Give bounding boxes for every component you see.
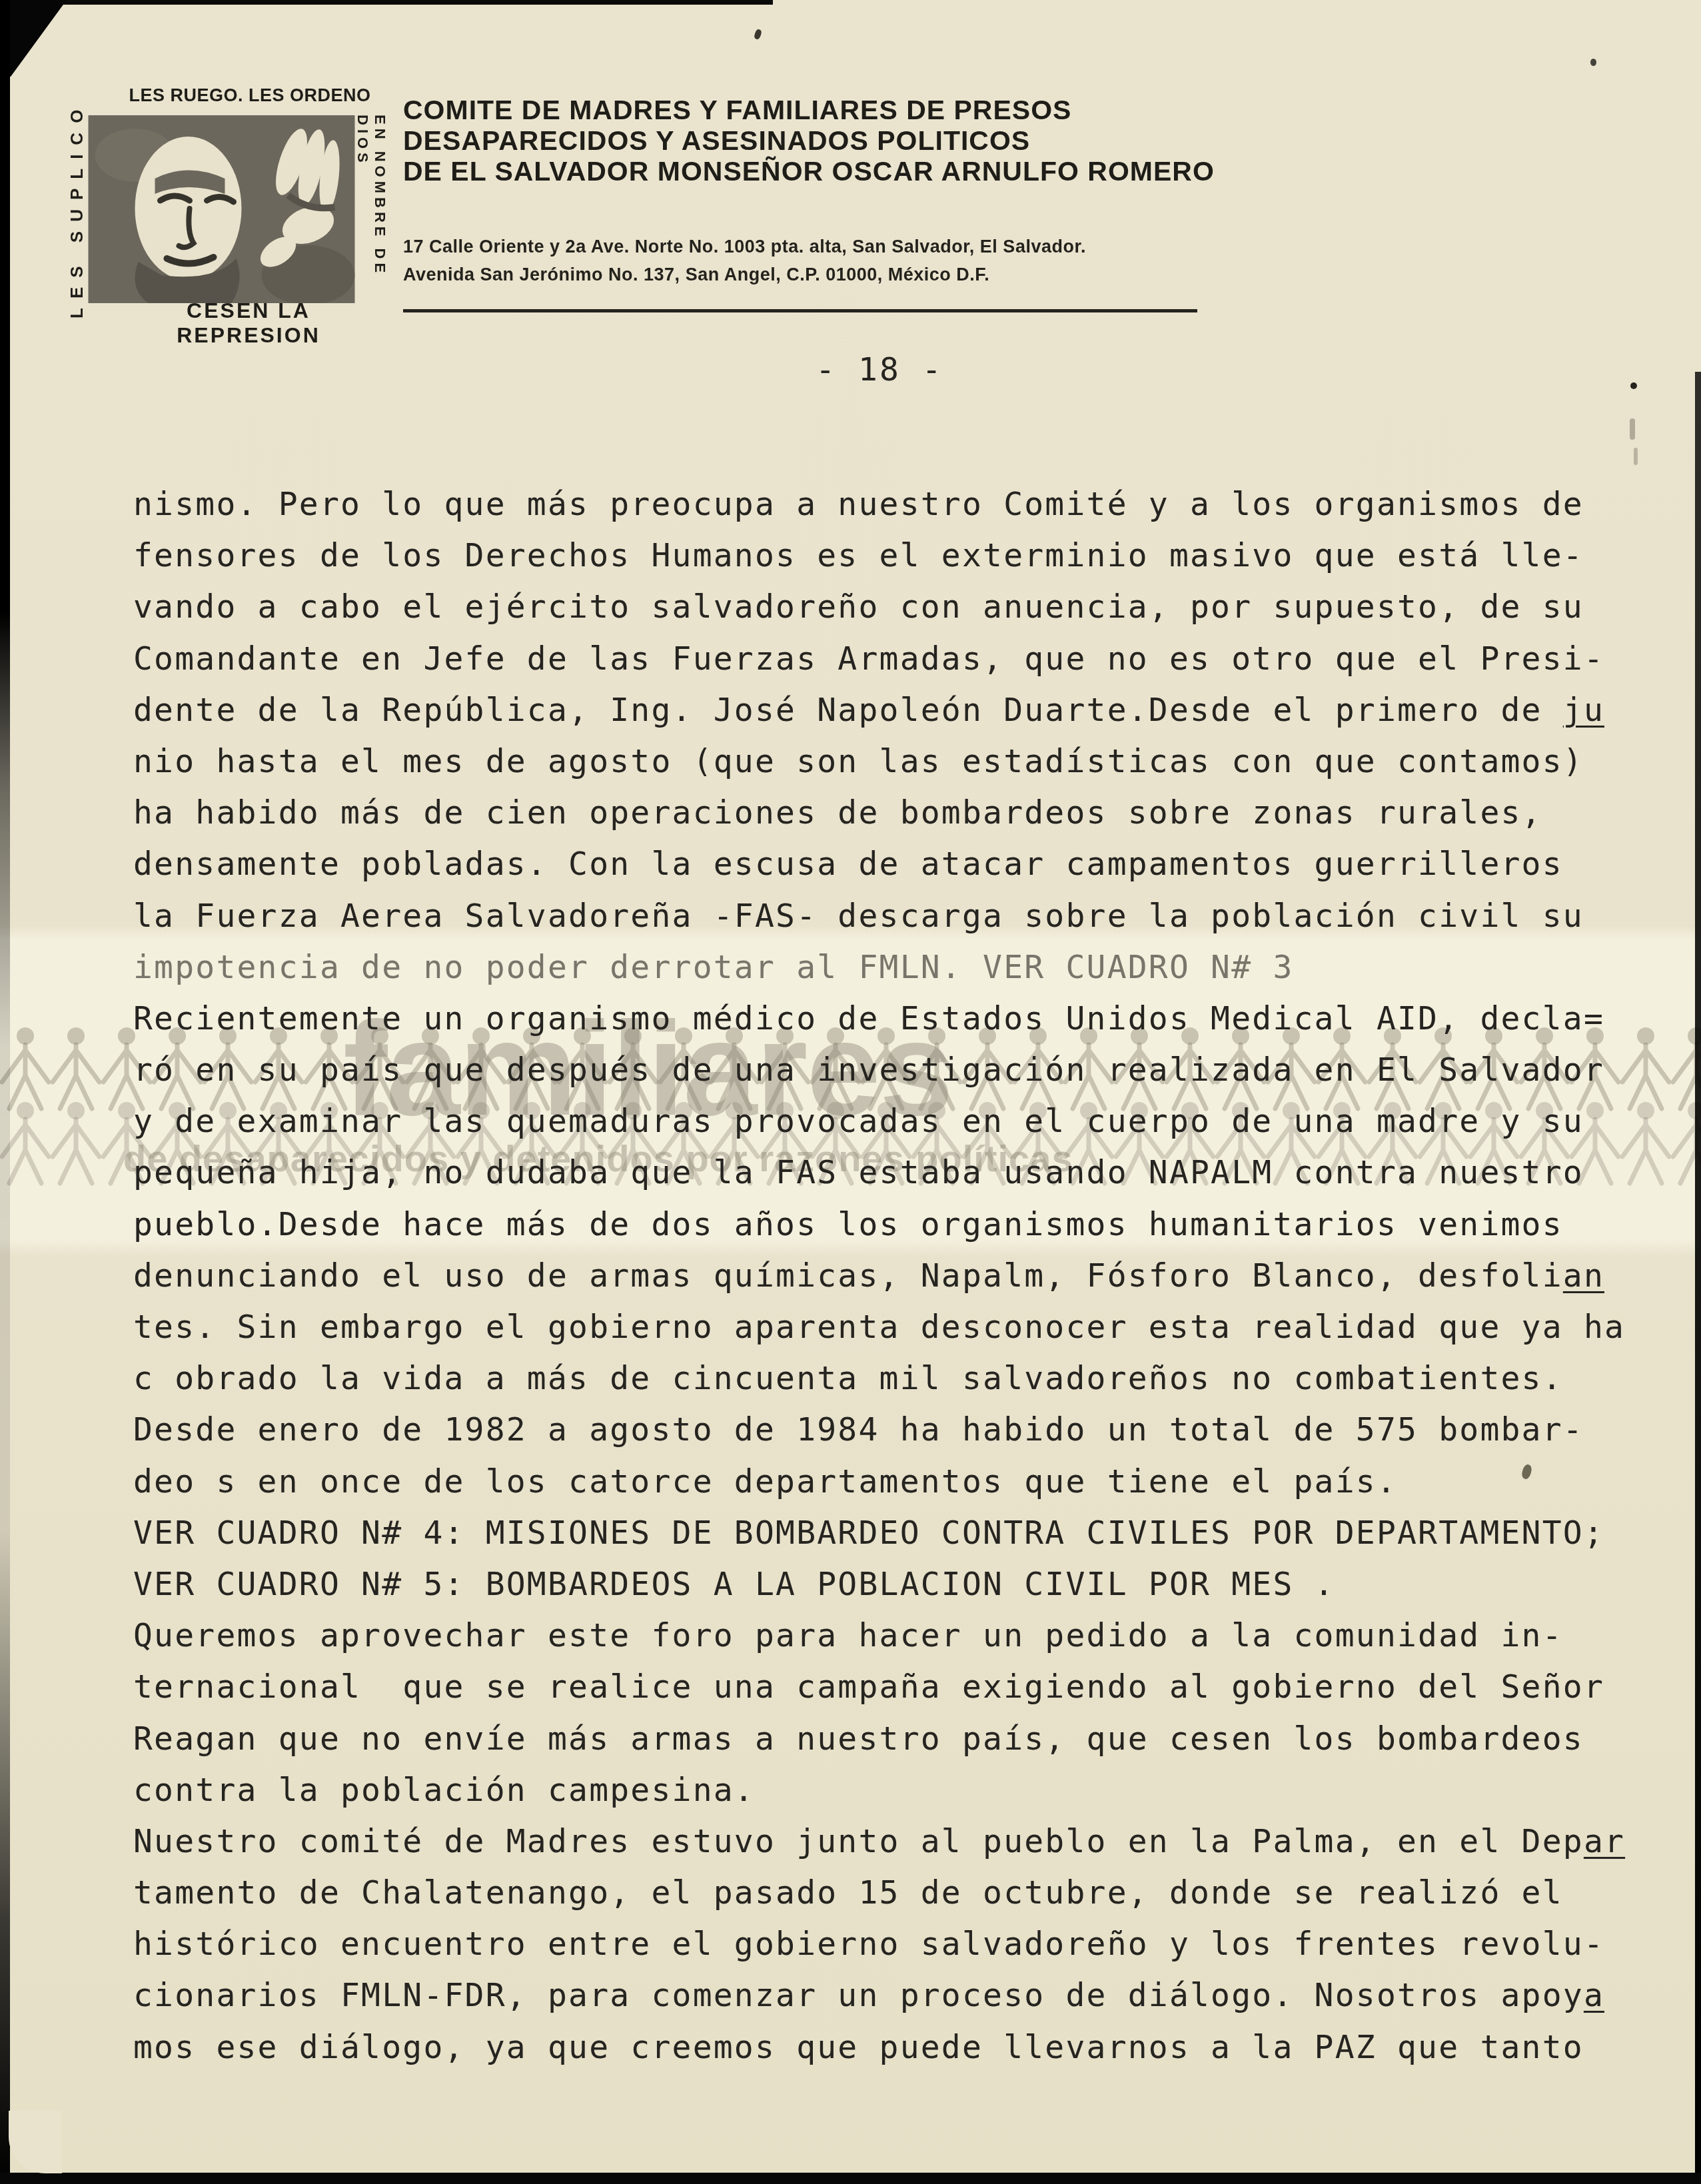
scanned-document-page: familiares de desaparecidos y detenidos … [0,0,1701,2184]
body-line: vando a cabo el ejército salvadoreño con… [133,582,1639,633]
body-line: c obrado la vida a más de cincuenta mil … [133,1353,1639,1404]
body-line: nio hasta el mes de agosto (que son las … [133,736,1639,788]
scan-edge-right [1695,372,1701,2184]
body-line: pequeña hija, no dudaba que la FAS estab… [133,1147,1639,1199]
body-line: Nuestro comité de Madres estuvo junto al… [133,1816,1639,1868]
scan-speck [1590,59,1596,66]
body-line: y de examinar las quemaduras provocadas … [133,1096,1639,1147]
org-line: COMITE DE MADRES Y FAMILIARES DE PRESOS [403,95,1215,125]
body-line: Reagan que no envíe más armas a nuestro … [133,1714,1639,1765]
scan-speck [1630,382,1637,389]
body-line: VER CUADRO N# 4: MISIONES DE BOMBARDEO C… [133,1508,1639,1559]
org-line: DE EL SALVADOR MONSEÑOR OSCAR ARNULFO RO… [403,156,1215,187]
body-line: cionarios FMLN-FDR, para comenzar un pro… [133,1970,1639,2021]
address-block: 17 Calle Oriente y 2a Ave. Norte No. 100… [403,233,1086,288]
body-line: mos ese diálogo, ya que creemos que pued… [133,2022,1639,2073]
body-line: ró en su país que después de una investi… [133,1045,1639,1096]
body-line: Desde enero de 1982 a agosto de 1984 ha … [133,1404,1639,1456]
body-line: histórico encuentro entre el gobierno sa… [133,1919,1639,1970]
body-line: la Fuerza Aerea Salvadoreña -FAS- descar… [133,891,1639,942]
body-line: VER CUADRO N# 5: BOMBARDEOS A LA POBLACI… [133,1559,1639,1610]
body-line: ha habido más de cien operaciones de bom… [133,788,1639,839]
body-line: Comandante en Jefe de las Fuerzas Armada… [133,634,1639,685]
body-line: denunciando el uso de armas químicas, Na… [133,1251,1639,1302]
logo-motto-top: LES RUEGO. LES ORDENO [120,85,380,106]
body-line: Queremos aprovechar este foro para hacer… [133,1610,1639,1662]
scan-corner-bottom-left [9,2111,62,2173]
scan-edge-left [0,0,10,2184]
scan-corner-top-left [0,0,67,77]
body-line: tamento de Chalatenango, el pasado 15 de… [133,1868,1639,1919]
body-line: impotencia de no poder derrotar al FMLN.… [133,942,1639,993]
body-line: densamente pobladas. Con la escusa de at… [133,839,1639,890]
body-line: nismo. Pero lo que más preocupa a nuestr… [133,479,1639,530]
letterhead-divider-rule [403,309,1197,312]
body-line: pueblo.Desde hace más de dos años los or… [133,1199,1639,1251]
address-line: 17 Calle Oriente y 2a Ave. Norte No. 100… [403,233,1086,261]
logo-motto-bottom: CESEN LA REPRESION [112,298,385,348]
body-text: nismo. Pero lo que más preocupa a nuestr… [133,479,1639,2073]
organization-name-block: COMITE DE MADRES Y FAMILIARES DE PRESOS … [403,95,1215,187]
romero-stamp-art [88,115,355,303]
scan-edge-bottom [0,2173,1701,2184]
scan-edge-top [0,0,773,5]
scan-speck [754,29,762,40]
body-line: contra la población campesina. [133,1765,1639,1816]
body-line: Recientemente un organismo médico de Est… [133,993,1639,1045]
org-line: DESAPARECIDOS Y ASESINADOS POLITICOS [403,125,1215,156]
page-number: - 18 - [133,351,1626,388]
body-line: tes. Sin embargo el gobierno aparenta de… [133,1302,1639,1353]
body-line: fensores de los Derechos Humanos es el e… [133,530,1639,582]
body-line: ternacional que se realice una campaña e… [133,1662,1639,1713]
body-line: deo s en once de los catorce departament… [133,1456,1639,1508]
address-line: Avenida San Jerónimo No. 137, San Angel,… [403,261,1086,288]
body-line: dente de la República, Ing. José Napoleó… [133,685,1639,736]
scan-mark [1634,448,1638,465]
scan-mark [1630,418,1635,440]
